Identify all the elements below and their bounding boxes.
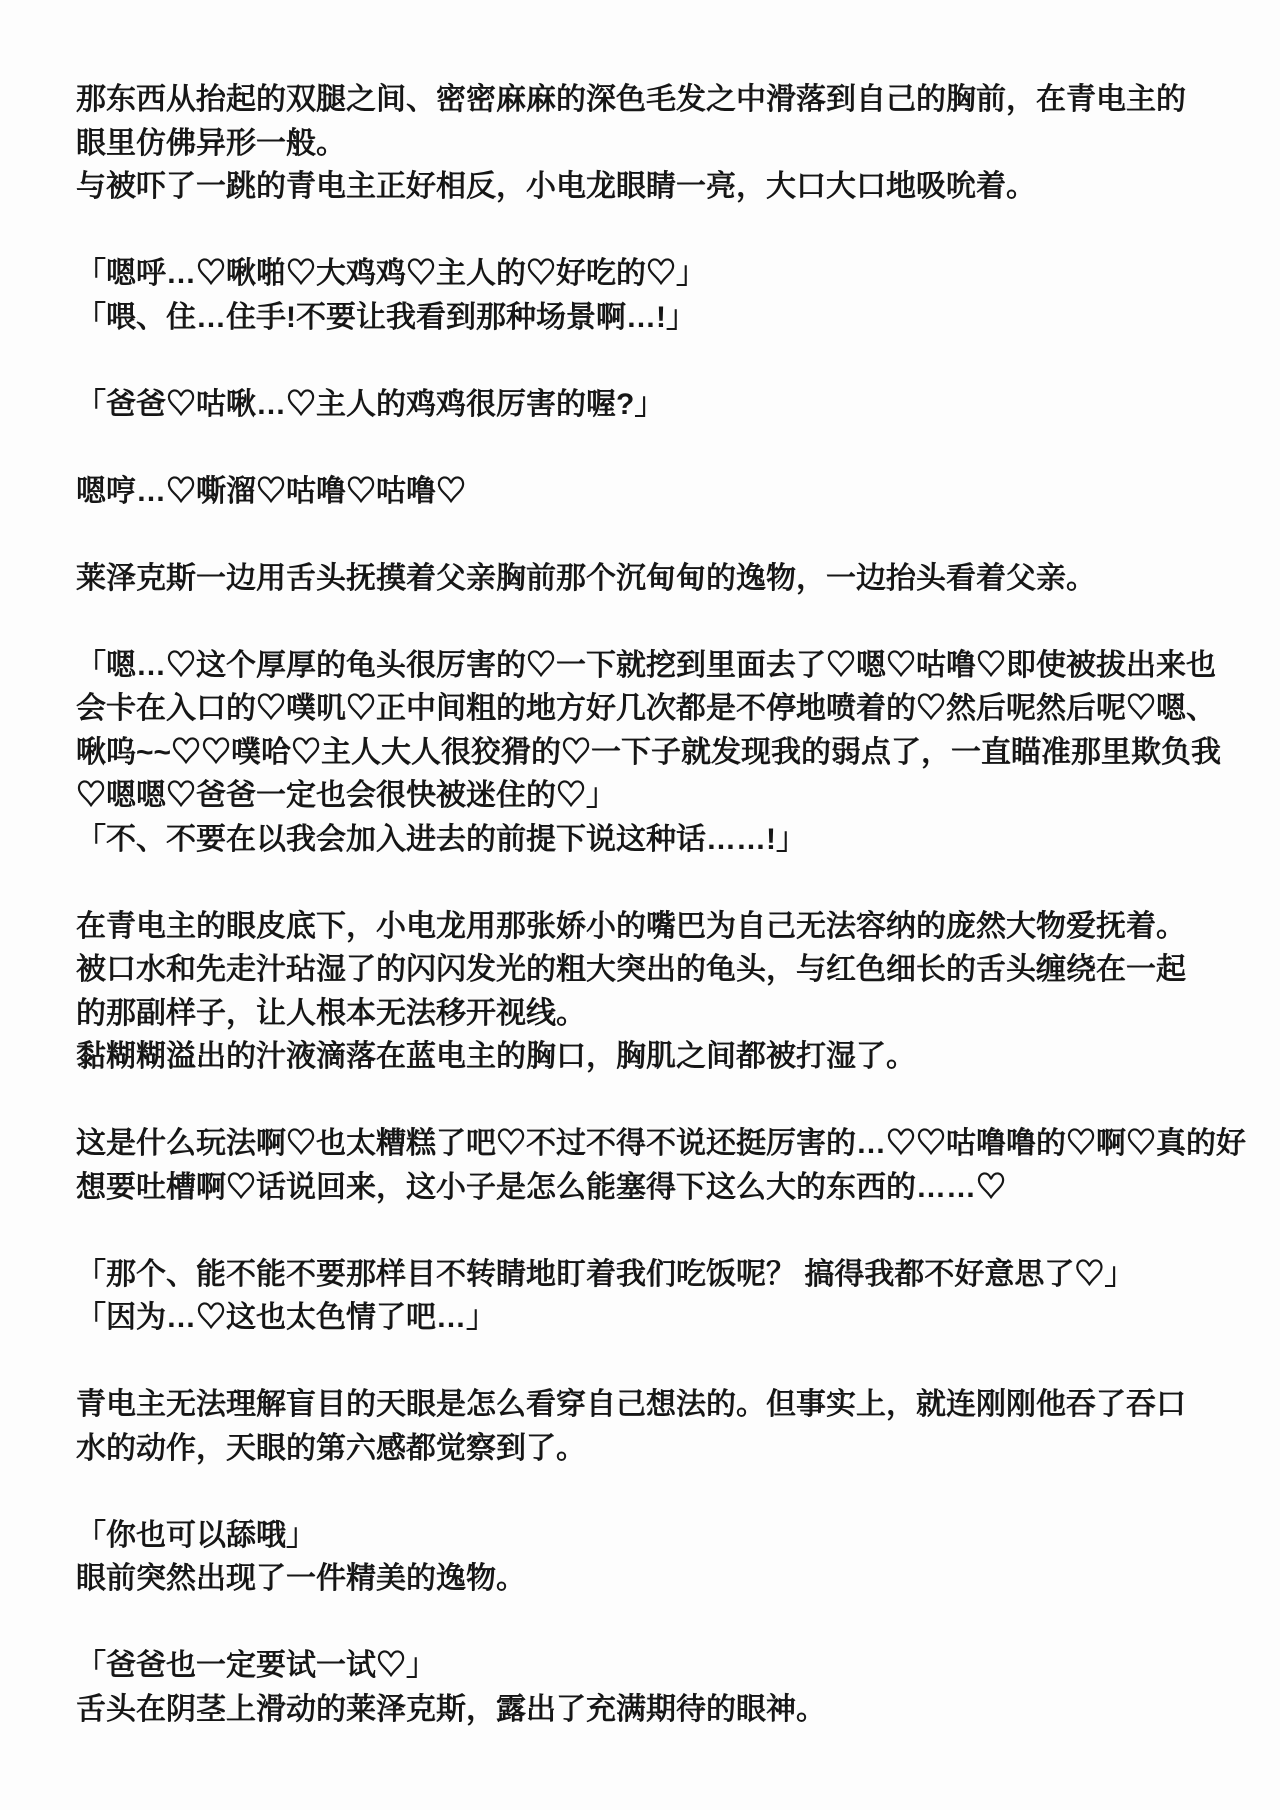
document-page: 那东西从抬起的双腿之间、密密麻麻的深色毛发之中滑落到自己的胸前，在青电主的眼里仿… — [0, 0, 1280, 1810]
text-line: 在青电主的眼皮底下，小电龙用那张娇小的嘴巴为自己无法容纳的庞然大物爱抚着。 — [76, 905, 1222, 949]
text-line: 「那个、能不能不要那样目不转睛地盯着我们吃饭呢？ 搞得我都不好意思了♡」 — [76, 1253, 1222, 1297]
paragraph: 「爸爸♡咕啾…♡主人的鸡鸡很厉害的喔?」 — [76, 383, 1222, 427]
paragraph: 那东西从抬起的双腿之间、密密麻麻的深色毛发之中滑落到自己的胸前，在青电主的眼里仿… — [76, 78, 1222, 209]
text-line: 眼前突然出现了一件精美的逸物。 — [76, 1557, 1222, 1601]
paragraph: 莱泽克斯一边用舌头抚摸着父亲胸前那个沉甸甸的逸物，一边抬头看着父亲。 — [76, 557, 1222, 601]
text-line: 眼里仿佛异形一般。 — [76, 122, 1222, 166]
text-line: 莱泽克斯一边用舌头抚摸着父亲胸前那个沉甸甸的逸物，一边抬头看着父亲。 — [76, 557, 1222, 601]
paragraph: 「你也可以舔哦」眼前突然出现了一件精美的逸物。 — [76, 1514, 1222, 1601]
text-line: ♡嗯嗯♡爸爸一定也会很快被迷住的♡」 — [76, 774, 1222, 818]
text-line: 「爸爸也一定要试一试♡」 — [76, 1644, 1222, 1688]
text-line: 啾呜~~♡♡噗哈♡主人大人很狡猾的♡一下子就发现我的弱点了，一直瞄准那里欺负我 — [76, 731, 1222, 775]
text-line: 会卡在入口的♡噗叽♡正中间粗的地方好几次都是不停地喷着的♡然后呢然后呢♡嗯、 — [76, 687, 1222, 731]
paragraph: 「嗯呼…♡啾啪♡大鸡鸡♡主人的♡好吃的♡」「喂、住…住手!不要让我看到那种场景啊… — [76, 252, 1222, 339]
text-line: 「喂、住…住手!不要让我看到那种场景啊…!」 — [76, 296, 1222, 340]
text-line: 舌头在阴茎上滑动的莱泽克斯，露出了充满期待的眼神。 — [76, 1688, 1222, 1732]
paragraph: 在青电主的眼皮底下，小电龙用那张娇小的嘴巴为自己无法容纳的庞然大物爱抚着。被口水… — [76, 905, 1222, 1079]
paragraph: 嗯哼…♡嘶溜♡咕噜♡咕噜♡ — [76, 470, 1222, 514]
document-text: 那东西从抬起的双腿之间、密密麻麻的深色毛发之中滑落到自己的胸前，在青电主的眼里仿… — [0, 0, 1280, 1731]
paragraph: 这是什么玩法啊♡也太糟糕了吧♡不过不得不说还挺厉害的…♡♡咕噜噜的♡啊♡真的好想… — [76, 1122, 1222, 1209]
text-line: 与被吓了一跳的青电主正好相反，小电龙眼睛一亮，大口大口地吸吮着。 — [76, 165, 1222, 209]
text-line: 「不、不要在以我会加入进去的前提下说这种话……!」 — [76, 818, 1222, 862]
paragraph: 青电主无法理解盲目的天眼是怎么看穿自己想法的。但事实上，就连刚刚他吞了吞口水的动… — [76, 1383, 1222, 1470]
text-line: 黏糊糊溢出的汁液滴落在蓝电主的胸口，胸肌之间都被打湿了。 — [76, 1035, 1222, 1079]
text-line: 「爸爸♡咕啾…♡主人的鸡鸡很厉害的喔?」 — [76, 383, 1222, 427]
paragraph: 「那个、能不能不要那样目不转睛地盯着我们吃饭呢？ 搞得我都不好意思了♡」「因为…… — [76, 1253, 1222, 1340]
paragraph: 「嗯…♡这个厚厚的龟头很厉害的♡一下就挖到里面去了♡嗯♡咕噜♡即使被拔出来也会卡… — [76, 644, 1222, 862]
text-line: 青电主无法理解盲目的天眼是怎么看穿自己想法的。但事实上，就连刚刚他吞了吞口 — [76, 1383, 1222, 1427]
text-line: 嗯哼…♡嘶溜♡咕噜♡咕噜♡ — [76, 470, 1222, 514]
text-line: 「因为…♡这也太色情了吧…」 — [76, 1296, 1222, 1340]
text-line: 「你也可以舔哦」 — [76, 1514, 1222, 1558]
text-line: 「嗯呼…♡啾啪♡大鸡鸡♡主人的♡好吃的♡」 — [76, 252, 1222, 296]
text-line: 想要吐槽啊♡话说回来，这小子是怎么能塞得下这么大的东西的……♡ — [76, 1166, 1222, 1210]
text-line: 的那副样子，让人根本无法移开视线。 — [76, 992, 1222, 1036]
text-line: 这是什么玩法啊♡也太糟糕了吧♡不过不得不说还挺厉害的…♡♡咕噜噜的♡啊♡真的好 — [76, 1122, 1222, 1166]
text-line: 被口水和先走汁玷湿了的闪闪发光的粗大突出的龟头，与红色细长的舌头缠绕在一起 — [76, 948, 1222, 992]
text-line: 「嗯…♡这个厚厚的龟头很厉害的♡一下就挖到里面去了♡嗯♡咕噜♡即使被拔出来也 — [76, 644, 1222, 688]
text-line: 水的动作，天眼的第六感都觉察到了。 — [76, 1427, 1222, 1471]
text-line: 那东西从抬起的双腿之间、密密麻麻的深色毛发之中滑落到自己的胸前，在青电主的 — [76, 78, 1222, 122]
paragraph: 「爸爸也一定要试一试♡」舌头在阴茎上滑动的莱泽克斯，露出了充满期待的眼神。 — [76, 1644, 1222, 1731]
